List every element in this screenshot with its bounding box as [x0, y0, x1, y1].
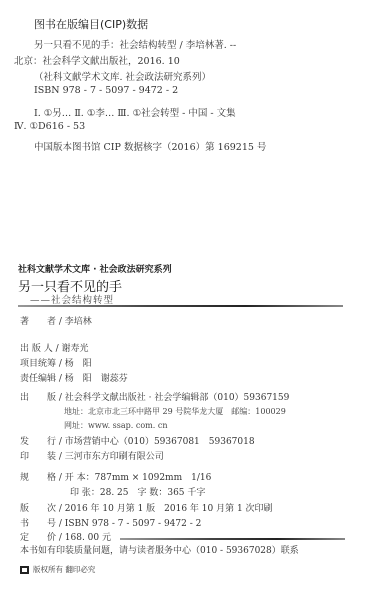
- project-label: 项目统筹 /: [20, 359, 62, 369]
- cip-title: 图书在版编目(CIP)数据: [34, 16, 148, 32]
- author-value: 李培林: [65, 317, 92, 327]
- sheets-row: 印 张：28. 25 字 数：365 千字: [70, 485, 205, 498]
- printing-row: 印 装 / 三河市东方印刷有限公司: [20, 449, 164, 462]
- project-value: 杨 阳: [65, 359, 92, 369]
- publisher-row: 出 版 / 社会科学文献出版社 · 社会学编辑部（010）59367159: [20, 390, 289, 403]
- edition-label: 版 次 /: [20, 504, 62, 514]
- distribution-label: 发 行 /: [20, 437, 62, 447]
- cip-line: ISBN 978 - 7 - 5097 - 9472 - 2: [34, 85, 178, 96]
- edition-row: 版 次 / 2016 年 10 月第 1 版 2016 年 10 月第 1 次印…: [20, 501, 273, 514]
- copyright-logo-icon: [20, 566, 29, 574]
- distribution-row: 发 行 / 市场营销中心（010）59367081 59367018: [20, 434, 255, 447]
- cip-line: 北京：社会科学文献出版社，2016. 10: [14, 53, 180, 67]
- publisher-person-row: 出 版 人 / 谢寿光: [20, 341, 89, 354]
- divider: [18, 305, 343, 307]
- isbn-row: 书 号 / ISBN 978 - 7 - 5097 - 9472 - 2: [20, 516, 201, 529]
- editors-label: 责任编辑 /: [20, 374, 62, 384]
- cip-line: Ⅳ. ①D616 - 53: [14, 121, 85, 132]
- edition-value: 2016 年 10 月第 1 版 2016 年 10 月第 1 次印刷: [65, 504, 273, 514]
- divider: [120, 538, 345, 540]
- quality-notice: 本书如有印装质量问题，请与读者服务中心（010 - 59367028）联系: [20, 543, 299, 556]
- editors-value: 杨 阳 谢蕊芬: [65, 374, 128, 384]
- publisher-person-label: 出 版 人 /: [20, 344, 59, 354]
- website: 网址：www. ssap. com. cn: [64, 420, 167, 431]
- format-value: 开 本：787mm × 1092mm 1/16: [65, 473, 212, 483]
- series-name: 社科文献学术文库 · 社会政法研究系列: [18, 262, 172, 275]
- printing-label: 印 装 /: [20, 452, 62, 462]
- author-row: 著 者 / 李培林: [20, 314, 92, 327]
- isbn-label: 书 号 /: [20, 519, 62, 529]
- editors-row: 责任编辑 / 杨 阳 谢蕊芬: [20, 371, 128, 384]
- address: 地址：北京市北三环中路甲 29 号院华龙大厦 邮编：100029: [64, 406, 286, 417]
- cip-line: 中国版本图书馆 CIP 数据核字（2016）第 169215 号: [34, 139, 266, 153]
- printing-value: 三河市东方印刷有限公司: [65, 452, 164, 462]
- price-value: 168. 00 元: [65, 533, 111, 543]
- publisher-value: 社会科学文献出版社 · 社会学编辑部（010）59367159: [65, 393, 290, 403]
- cip-line: 另一只看不见的手：社会结构转型 / 李培林著. --: [34, 37, 236, 51]
- price-row: 定 价 / 168. 00 元: [20, 530, 111, 543]
- format-label: 规 格 /: [20, 473, 62, 483]
- distribution-value: 市场营销中心（010）59367081 59367018: [65, 437, 255, 447]
- publisher-label: 出 版 /: [20, 393, 62, 403]
- cip-line: Ⅰ. ①另… Ⅱ. ①李… Ⅲ. ①社会转型 - 中国 - 文集: [34, 105, 236, 119]
- price-label: 定 价 /: [20, 533, 62, 543]
- rights-notice: 版权所有 翻印必究: [20, 564, 95, 575]
- rights-text: 版权所有 翻印必究: [33, 564, 95, 575]
- publisher-person-value: 谢寿光: [62, 344, 89, 354]
- author-label: 著 者 /: [20, 314, 62, 327]
- cip-line: （社科文献学术文库. 社会政法研究系列）: [34, 69, 211, 83]
- format-row: 规 格 / 开 本：787mm × 1092mm 1/16: [20, 470, 211, 483]
- book-subtitle: ——社会结构转型: [30, 292, 114, 306]
- project-row: 项目统筹 / 杨 阳: [20, 356, 92, 369]
- isbn-value: ISBN 978 - 7 - 5097 - 9472 - 2: [65, 519, 202, 529]
